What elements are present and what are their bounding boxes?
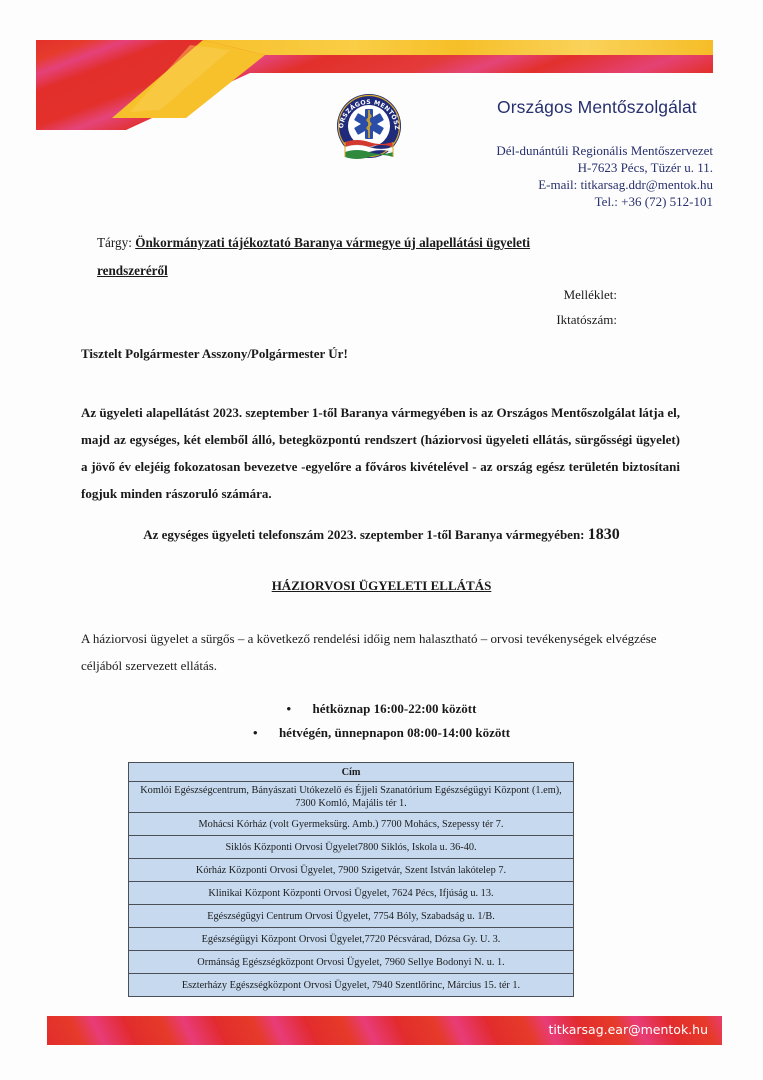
- org-logo: ORSZÁGOS MENTŐSZOLGÁLAT: [329, 88, 409, 168]
- subject-title: Önkormányzati tájékoztató Baranya vármeg…: [97, 235, 530, 278]
- table-cell: Siklós Központi Orvosi Ügyelet7800 Sikló…: [129, 836, 574, 859]
- sender-address: H-7623 Pécs, Tüzér u. 11.: [496, 159, 713, 176]
- hotline-number: 1830: [588, 526, 620, 543]
- list-item: •hétvégén, ünnepnapon 08:00-14:00 között: [0, 721, 763, 745]
- table-row: Siklós Központi Orvosi Ügyelet7800 Sikló…: [129, 836, 574, 859]
- table-row: Ormánság Egészségközpont Orvosi Ügyelet,…: [129, 951, 574, 974]
- organization-name: Országos Mentőszolgálat: [497, 97, 697, 118]
- hotline-line: Az egységes ügyeleti telefonszám 2023. s…: [0, 526, 763, 544]
- footer-band: titkarsag.ear@mentok.hu: [47, 1016, 722, 1045]
- reference-number-label: Iktatószám:: [556, 312, 617, 328]
- bullet-icon: •: [253, 721, 279, 745]
- table-cell: Kórház Központi Orvosi Ügyelet, 7900 Szi…: [129, 859, 574, 882]
- regional-organization: Dél-dunántúli Regionális Mentőszervezet: [496, 142, 713, 159]
- locations-table: Cím Komlói Egészségcentrum, Bányászati U…: [128, 762, 574, 997]
- service-hours-list: •hétköznap 16:00-22:00 között •hétvégén,…: [0, 697, 763, 745]
- subject-label: Tárgy: [97, 235, 128, 250]
- hotline-text: Az egységes ügyeleti telefonszám 2023. s…: [143, 527, 584, 542]
- table-cell: Ormánság Egészségközpont Orvosi Ügyelet,…: [129, 951, 574, 974]
- table-row: Egészségügyi Centrum Orvosi Ügyelet, 775…: [129, 905, 574, 928]
- table-cell: Eszterházy Egészségközpont Orvosi Ügyele…: [129, 974, 574, 997]
- table-cell: Klinikai Központ Központi Orvosi Ügyelet…: [129, 882, 574, 905]
- sender-contact-block: Dél-dunántúli Regionális Mentőszervezet …: [496, 142, 713, 210]
- footer-email[interactable]: titkarsag.ear@mentok.hu: [548, 1022, 708, 1037]
- star-of-life-emblem-icon: ORSZÁGOS MENTŐSZOLGÁLAT: [329, 88, 409, 168]
- section-title: HÁZIORVOSI ÜGYELETI ELLÁTÁS: [0, 578, 763, 594]
- table-header-row: Cím: [129, 763, 574, 782]
- salutation: Tisztelt Polgármester Asszony/Polgármest…: [81, 346, 348, 362]
- table-row: Eszterházy Egészségközpont Orvosi Ügyele…: [129, 974, 574, 997]
- table-row: Mohácsi Kórház (volt Gyermeksürg. Amb.) …: [129, 813, 574, 836]
- table-cell: Egészségügyi Központ Orvosi Ügyelet,7720…: [129, 928, 574, 951]
- table-cell: Komlói Egészségcentrum, Bányászati Utóke…: [129, 782, 574, 813]
- subject-line: Tárgy: Önkormányzati tájékoztató Baranya…: [97, 229, 597, 285]
- definition-paragraph: A háziorvosi ügyelet a sürgős – a követk…: [81, 625, 681, 679]
- table-row: Klinikai Központ Központi Orvosi Ügyelet…: [129, 882, 574, 905]
- attachment-label: Melléklet:: [564, 287, 617, 303]
- table-cell: Egészségügyi Centrum Orvosi Ügyelet, 775…: [129, 905, 574, 928]
- list-item: •hétköznap 16:00-22:00 között: [0, 697, 763, 721]
- table-row: Kórház Központi Orvosi Ügyelet, 7900 Szi…: [129, 859, 574, 882]
- intro-paragraph: Az ügyeleti alapellátást 2023. szeptembe…: [81, 399, 680, 507]
- sender-email[interactable]: E-mail: titkarsag.ddr@mentok.hu: [496, 176, 713, 193]
- table-row: Egészségügyi Központ Orvosi Ügyelet,7720…: [129, 928, 574, 951]
- table-cell: Mohácsi Kórház (volt Gyermeksürg. Amb.) …: [129, 813, 574, 836]
- column-header-address: Cím: [129, 763, 574, 782]
- bullet-icon: •: [287, 697, 313, 721]
- table-row: Komlói Egészségcentrum, Bányászati Utóke…: [129, 782, 574, 813]
- sender-phone: Tel.: +36 (72) 512-101: [496, 193, 713, 210]
